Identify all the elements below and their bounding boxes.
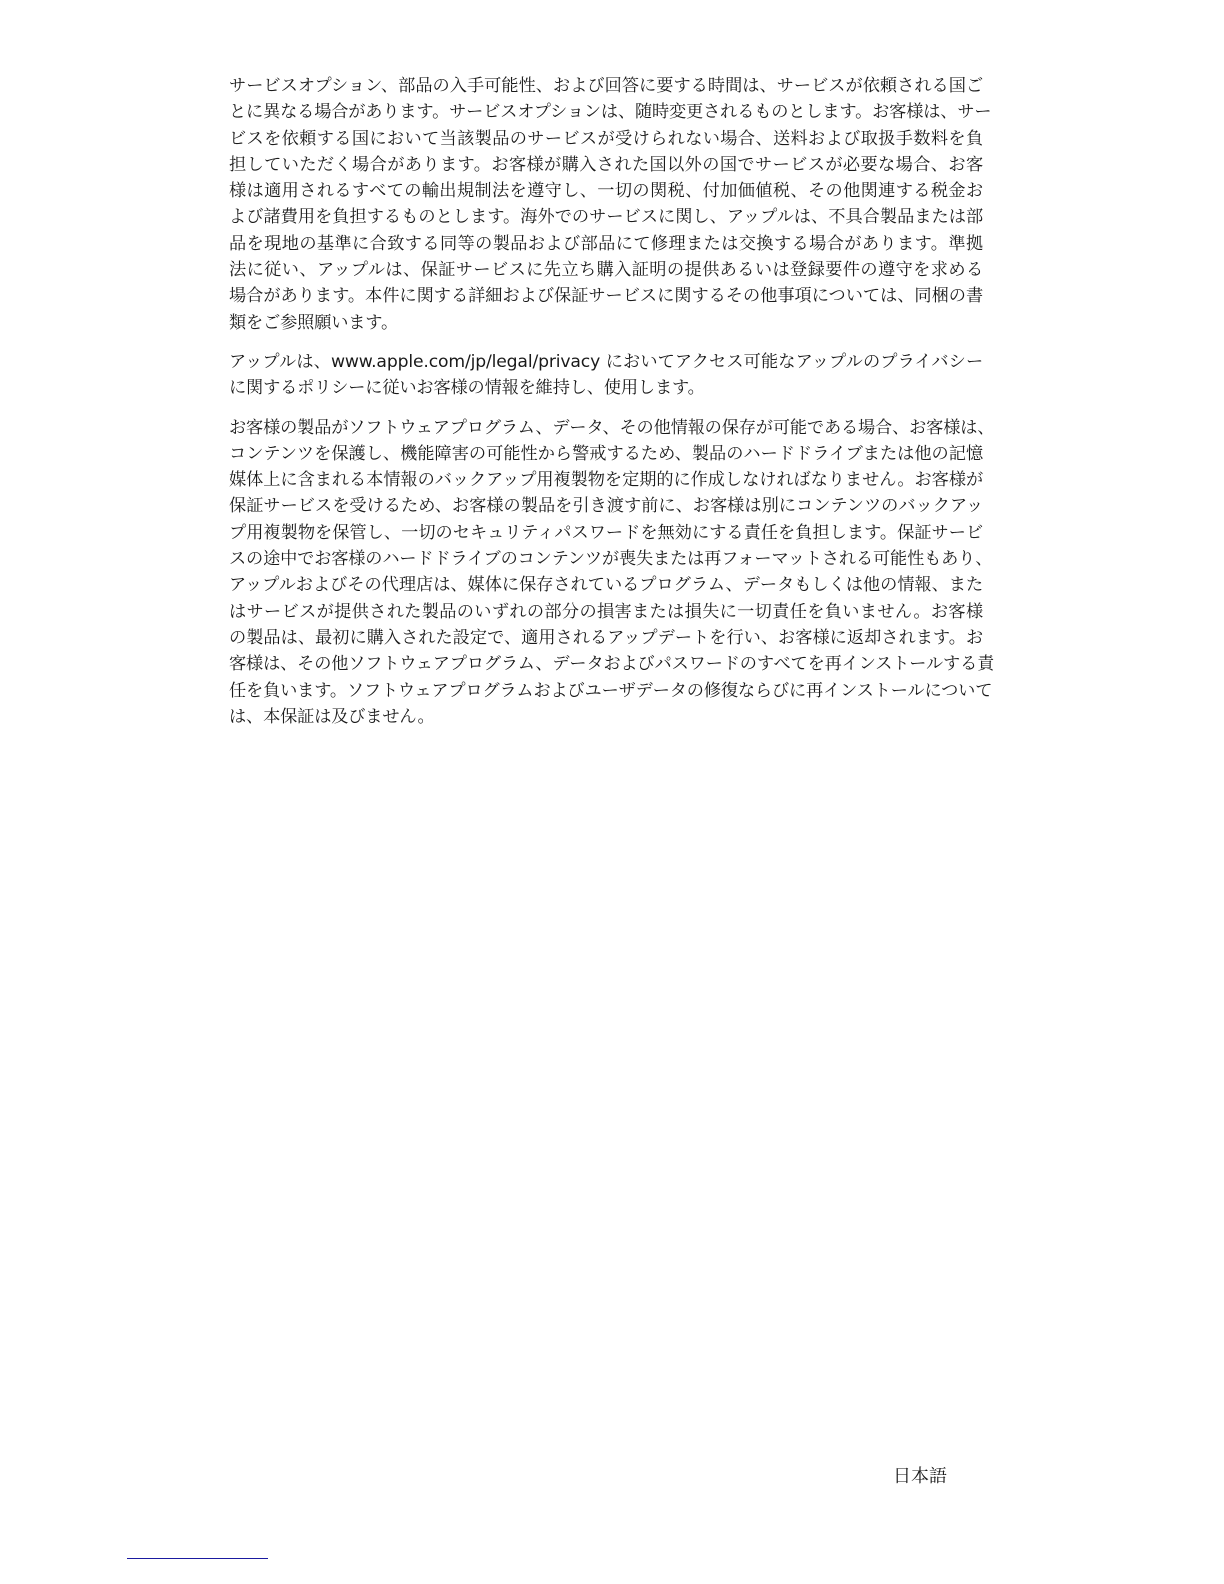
text-line: サービスオプション、部品の入手可能性、および回答に要する時間は、サービスが依頼さ… xyxy=(229,73,983,99)
text-line: はサービスが提供された製品のいずれの部分の損害または損失に一切責任を負いません。… xyxy=(229,599,983,625)
text-line: ビスを依頼する国において当該製品のサービスが受けられない場合、送料および取扱手数… xyxy=(229,126,983,152)
text-line: 保証サービスを受けるため、お客様の製品を引き渡す前に、お客様は別にコンテンツのバ… xyxy=(229,493,983,519)
text-line: とに異なる場合があります。サービスオプションは、随時変更されるものとします。お客… xyxy=(229,99,983,125)
footer-divider xyxy=(127,1558,268,1559)
text-line: お客様の製品がソフトウェアプログラム、データ、その他情報の保存が可能である場合、… xyxy=(229,415,983,441)
paragraph-privacy: アップルは、www.apple.com/jp/legal/privacy におい… xyxy=(229,349,983,402)
text-line: アップルおよびその代理店は、媒体に保存されているプログラム、データもしくは他の情… xyxy=(229,572,983,598)
text-line: 任を負います。ソフトウェアプログラムおよびユーザデータの修復ならびに再インストー… xyxy=(229,678,983,704)
text-line: プ用複製物を保管し、一切のセキュリティパスワードを無効にする責任を負担します。保… xyxy=(229,520,983,546)
text-line: 様は適用されるすべての輸出規制法を遵守し、一切の関税、付加価値税、その他関連する… xyxy=(229,178,983,204)
text-line: アップルは、www.apple.com/jp/legal/privacy におい… xyxy=(229,349,983,375)
paragraph-data-backup: お客様の製品がソフトウェアプログラム、データ、その他情報の保存が可能である場合、… xyxy=(229,415,983,731)
text-line: 類をご参照願います。 xyxy=(229,310,983,336)
text-line: 担していただく場合があります。お客様が購入された国以外の国でサービスが必要な場合… xyxy=(229,152,983,178)
text-line: 客様は、その他ソフトウェアプログラム、データおよびパスワードのすべてを再インスト… xyxy=(229,651,983,677)
text-line: は、本保証は及びません。 xyxy=(229,704,983,730)
text-line: スの途中でお客様のハードドライブのコンテンツが喪失または再フォーマットされる可能… xyxy=(229,546,983,572)
text-line: の製品は、最初に購入された設定で、適用されるアップデートを行い、お客様に返却され… xyxy=(229,625,983,651)
text-line: 場合があります。本件に関する詳細および保証サービスに関するその他事項については、… xyxy=(229,283,983,309)
text-line: よび諸費用を負担するものとします。海外でのサービスに関し、アップルは、不具合製品… xyxy=(229,204,983,230)
text-line: 法に従い、アップルは、保証サービスに先立ち購入証明の提供あるいは登録要件の遵守を… xyxy=(229,257,983,283)
text-line: に関するポリシーに従いお客様の情報を維持し、使用します。 xyxy=(229,375,983,401)
paragraph-service-options: サービスオプション、部品の入手可能性、および回答に要する時間は、サービスが依頼さ… xyxy=(229,73,983,336)
text-line: コンテンツを保護し、機能障害の可能性から警戒するため、製品のハードドライブまたは… xyxy=(229,441,983,467)
language-label: 日本語 xyxy=(893,1462,947,1488)
document-body: サービスオプション、部品の入手可能性、および回答に要する時間は、サービスが依頼さ… xyxy=(229,73,983,730)
text-line: 媒体上に含まれる本情報のバックアップ用複製物を定期的に作成しなければなりません。… xyxy=(229,467,983,493)
text-line: 品を現地の基準に合致する同等の製品および部品にて修理または交換する場合があります… xyxy=(229,231,983,257)
